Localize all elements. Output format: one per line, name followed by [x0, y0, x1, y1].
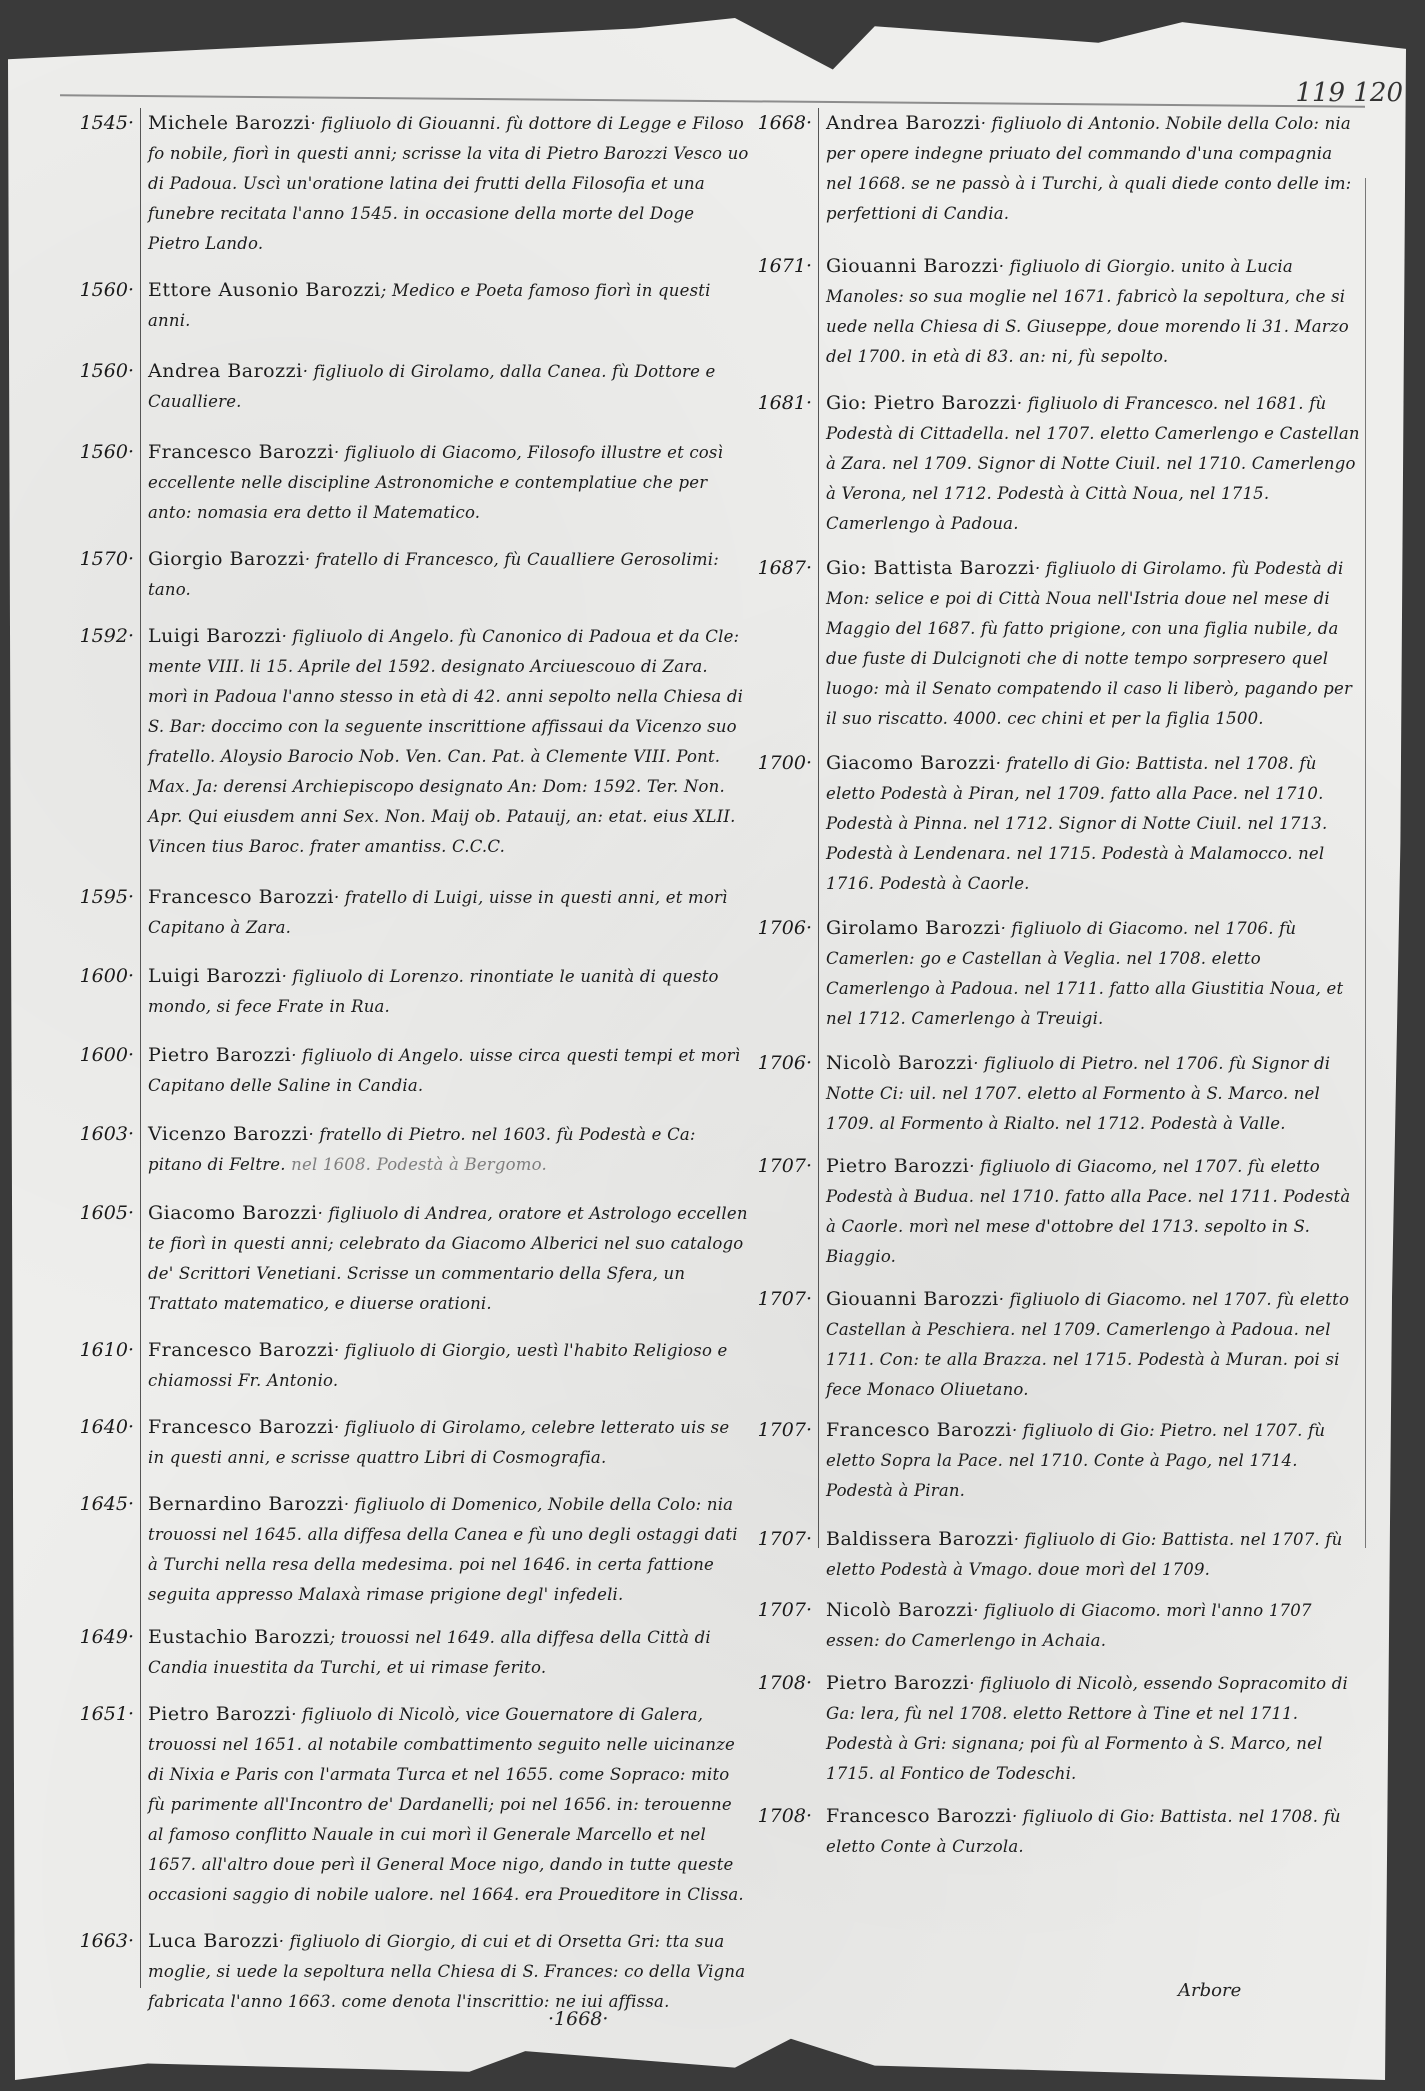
entry-year: 1603· [70, 1119, 142, 1149]
entry-text: Pietro Barozzi· figliuolo di Nicolò, ess… [820, 1668, 1360, 1789]
entry-body: figliuolo di Francesco. nel 1681. fù Pod… [826, 394, 1360, 533]
entry-name: Luigi Barozzi [148, 625, 282, 647]
entry-year: 1592· [70, 621, 142, 651]
entry-name: Pietro Barozzi [148, 1703, 291, 1725]
entry-text: Giacomo Barozzi· fratello di Gio: Battis… [820, 748, 1360, 899]
entry-text: Gio: Pietro Barozzi· figliuolo di France… [820, 388, 1360, 539]
entry-text: Luigi Barozzi· figliuolo di Lorenzo. rin… [142, 961, 750, 1022]
right-column: 1668· Andrea Barozzi· figliuolo di Anton… [740, 108, 1360, 1548]
entry-year: 1649· [70, 1622, 142, 1652]
entry-text: Nicolò Barozzi· figliuolo di Pietro. nel… [820, 1048, 1360, 1139]
entry-text: Pietro Barozzi· figliuolo di Angelo. uis… [142, 1040, 750, 1101]
entry: 1595· Francesco Barozzi· fratello di Lui… [70, 882, 750, 943]
entry-body: figliuolo di Giouanni. fù dottore di Leg… [148, 114, 749, 253]
entry: 1700· Giacomo Barozzi· fratello di Gio: … [740, 748, 1360, 899]
entry-year: 1640· [70, 1412, 142, 1442]
entry-name: Gio: Battista Barozzi [826, 557, 1035, 579]
entry: 1649· Eustachio Barozzi; trouossi nel 16… [70, 1622, 750, 1683]
entry-name: Nicolò Barozzi [826, 1599, 973, 1621]
entry-year: 1645· [70, 1489, 142, 1519]
entry-body: figliuolo di Nicolò, vice Gouernatore di… [148, 1705, 744, 1904]
entry-year: 1595· [70, 882, 142, 912]
entry-name: Gio: Pietro Barozzi [826, 392, 1017, 414]
entry-year: 1706· [740, 1048, 820, 1078]
entry-text: Michele Barozzi· figliuolo di Giouanni. … [142, 108, 750, 259]
entry-name: Luigi Barozzi [148, 965, 282, 987]
entry-name: Francesco Barozzi [148, 1339, 334, 1361]
folio-number: 119 120 [1295, 78, 1403, 108]
entry: 1651· Pietro Barozzi· figliuolo di Nicol… [70, 1699, 750, 1910]
left-column: 1545· Michele Barozzi· figliuolo di Giou… [70, 108, 750, 1988]
entry-year: 1668· [740, 108, 820, 138]
entry-name: Giouanni Barozzi [826, 1288, 999, 1310]
entry-text: Eustachio Barozzi; trouossi nel 1649. al… [142, 1622, 750, 1683]
entry: 1570· Giorgio Barozzi· fratello di Franc… [70, 544, 750, 605]
entry-text: Luca Barozzi· figliuolo di Giorgio, di c… [142, 1926, 750, 2017]
entry-name: Bernardino Barozzi [148, 1493, 344, 1515]
entry: 1708· Pietro Barozzi· figliuolo di Nicol… [740, 1668, 1360, 1789]
entry-name: Pietro Barozzi [148, 1044, 291, 1066]
entry: 1600· Luigi Barozzi· figliuolo di Lorenz… [70, 961, 750, 1022]
entry-year: 1560· [70, 437, 142, 467]
entry-text: Francesco Barozzi· figliuolo di Gio: Bat… [820, 1801, 1360, 1862]
entry: 1706· Nicolò Barozzi· figliuolo di Pietr… [740, 1048, 1360, 1139]
entry: 1560· Francesco Barozzi· figliuolo di Gi… [70, 437, 750, 528]
entry: 1668· Andrea Barozzi· figliuolo di Anton… [740, 108, 1360, 229]
entry-text: Girolamo Barozzi· figliuolo di Giacomo. … [820, 913, 1360, 1034]
entry: 1640· Francesco Barozzi· figliuolo di Gi… [70, 1412, 750, 1473]
entry-text: Francesco Barozzi· figliuolo di Girolamo… [142, 1412, 750, 1473]
entry: 1645· Bernardino Barozzi· figliuolo di D… [70, 1489, 750, 1610]
entry-text: Andrea Barozzi· figliuolo di Antonio. No… [820, 108, 1360, 229]
entry: 1560· Andrea Barozzi· figliuolo di Girol… [70, 356, 750, 417]
footer-year: ·1668· [548, 2008, 608, 2030]
entry-name: Ettore Ausonio Barozzi [148, 279, 381, 301]
entry-text: Francesco Barozzi· fratello di Luigi, ui… [142, 882, 750, 943]
entry-name: Giouanni Barozzi [826, 255, 999, 277]
entry: 1605· Giacomo Barozzi· figliuolo di Andr… [70, 1198, 750, 1319]
entry: 1706· Girolamo Barozzi· figliuolo di Gia… [740, 913, 1360, 1034]
entry-name: Pietro Barozzi [826, 1672, 969, 1694]
entry: 1545· Michele Barozzi· figliuolo di Giou… [70, 108, 750, 259]
entry-year: 1600· [70, 961, 142, 991]
catchword: Arbore [1178, 1980, 1241, 2001]
entry-text: Pietro Barozzi· figliuolo di Giacomo, ne… [820, 1151, 1360, 1272]
entry: 1707· Pietro Barozzi· figliuolo di Giaco… [740, 1151, 1360, 1272]
entry-name: Francesco Barozzi [826, 1805, 1012, 1827]
entry-year: 1708· [740, 1801, 820, 1831]
entry-name: Pietro Barozzi [826, 1155, 969, 1177]
entry: 1707· Francesco Barozzi· figliuolo di Gi… [740, 1415, 1360, 1506]
entry-name: Vicenzo Barozzi [148, 1123, 308, 1145]
entry-year: 1663· [70, 1926, 142, 1956]
entry: 1592· Luigi Barozzi· figliuolo di Angelo… [70, 621, 750, 862]
entry-later-addition: nel 1608. Podestà à Bergomo. [291, 1155, 547, 1174]
entry-year: 1706· [740, 913, 820, 943]
entry: 1600· Pietro Barozzi· figliuolo di Angel… [70, 1040, 750, 1101]
right-outer-rule [1365, 178, 1366, 1548]
entry-name: Francesco Barozzi [148, 1416, 334, 1438]
entry-text: Giouanni Barozzi· figliuolo di Giorgio. … [820, 251, 1360, 372]
entry-name: Luca Barozzi [148, 1930, 279, 1952]
entry-year: 1700· [740, 748, 820, 778]
entry-name: Francesco Barozzi [826, 1419, 1012, 1441]
entry-year: 1570· [70, 544, 142, 574]
entry-year: 1560· [70, 356, 142, 386]
entry-name: Andrea Barozzi [148, 360, 303, 382]
entry-year: 1560· [70, 275, 142, 305]
entry-year: 1687· [740, 553, 820, 583]
entry: 1687· Gio: Battista Barozzi· figliuolo d… [740, 553, 1360, 734]
entry: 1610· Francesco Barozzi· figliuolo di Gi… [70, 1335, 750, 1396]
entry-name: Baldissera Barozzi [826, 1528, 1014, 1550]
entry-text: Baldissera Barozzi· figliuolo di Gio: Ba… [820, 1524, 1360, 1585]
entry-text: Gio: Battista Barozzi· figliuolo di Giro… [820, 553, 1360, 734]
entry-text: Nicolò Barozzi· figliuolo di Giacomo. mo… [820, 1595, 1360, 1656]
entry: 1707· Baldissera Barozzi· figliuolo di G… [740, 1524, 1360, 1585]
entry: 1708· Francesco Barozzi· figliuolo di Gi… [740, 1801, 1360, 1862]
entry-text: Pietro Barozzi· figliuolo di Nicolò, vic… [142, 1699, 750, 1910]
entry: 1603· Vicenzo Barozzi· fratello di Pietr… [70, 1119, 750, 1180]
entry: 1663· Luca Barozzi· figliuolo di Giorgio… [70, 1926, 750, 2017]
entry-text: Andrea Barozzi· figliuolo di Girolamo, d… [142, 356, 750, 417]
entry-text: Vicenzo Barozzi· fratello di Pietro. nel… [142, 1119, 750, 1180]
entry-year: 1545· [70, 108, 142, 138]
entry-text: Giorgio Barozzi· fratello di Francesco, … [142, 544, 750, 605]
entry: 1560· Ettore Ausonio Barozzi; Medico e P… [70, 275, 750, 336]
entry: 1707· Nicolò Barozzi· figliuolo di Giaco… [740, 1595, 1360, 1656]
entry-year: 1707· [740, 1151, 820, 1181]
entry-body: figliuolo di Girolamo. fù Podestà di Mon… [826, 559, 1352, 728]
entry-name: Andrea Barozzi [826, 112, 981, 134]
entry-year: 1707· [740, 1415, 820, 1445]
entry-name: Michele Barozzi [148, 112, 310, 134]
entry-year: 1671· [740, 251, 820, 281]
entry-text: Luigi Barozzi· figliuolo di Angelo. fù C… [142, 621, 750, 862]
entry-year: 1651· [70, 1699, 142, 1729]
entry-text: Francesco Barozzi· figliuolo di Giorgio,… [142, 1335, 750, 1396]
entry-name: Nicolò Barozzi [826, 1052, 973, 1074]
entry-text: Ettore Ausonio Barozzi; Medico e Poeta f… [142, 275, 750, 336]
entry-name: Francesco Barozzi [148, 886, 334, 908]
entry-year: 1707· [740, 1595, 820, 1625]
entry-year: 1610· [70, 1335, 142, 1365]
entry-name: Eustachio Barozzi [148, 1626, 330, 1648]
entry-year: 1681· [740, 388, 820, 418]
entry-name: Giacomo Barozzi [826, 752, 996, 774]
entry-text: Bernardino Barozzi· figliuolo di Domenic… [142, 1489, 750, 1610]
entry-body: fratello di Gio: Battista. nel 1708. fù … [826, 754, 1327, 893]
entry-name: Girolamo Barozzi [826, 917, 1001, 939]
entry-name: Francesco Barozzi [148, 441, 334, 463]
entry: 1671· Giouanni Barozzi· figliuolo di Gio… [740, 251, 1360, 372]
entry-name: Giacomo Barozzi [148, 1202, 318, 1224]
entry-year: 1605· [70, 1198, 142, 1228]
entry-text: Giacomo Barozzi· figliuolo di Andrea, or… [142, 1198, 750, 1319]
entry-name: Giorgio Barozzi [148, 548, 305, 570]
entry-year: 1707· [740, 1524, 820, 1554]
entry-text: Francesco Barozzi· figliuolo di Gio: Pie… [820, 1415, 1360, 1506]
entry-year: 1707· [740, 1284, 820, 1314]
entry-text: Giouanni Barozzi· figliuolo di Giacomo. … [820, 1284, 1360, 1405]
entry: 1707· Giouanni Barozzi· figliuolo di Gia… [740, 1284, 1360, 1405]
entry-text: Francesco Barozzi· figliuolo di Giacomo,… [142, 437, 750, 528]
entry-body: figliuolo di Angelo. fù Canonico di Pado… [148, 627, 743, 856]
entry-year: 1708· [740, 1668, 820, 1698]
entry: 1681· Gio: Pietro Barozzi· figliuolo di … [740, 388, 1360, 539]
entry-year: 1600· [70, 1040, 142, 1070]
